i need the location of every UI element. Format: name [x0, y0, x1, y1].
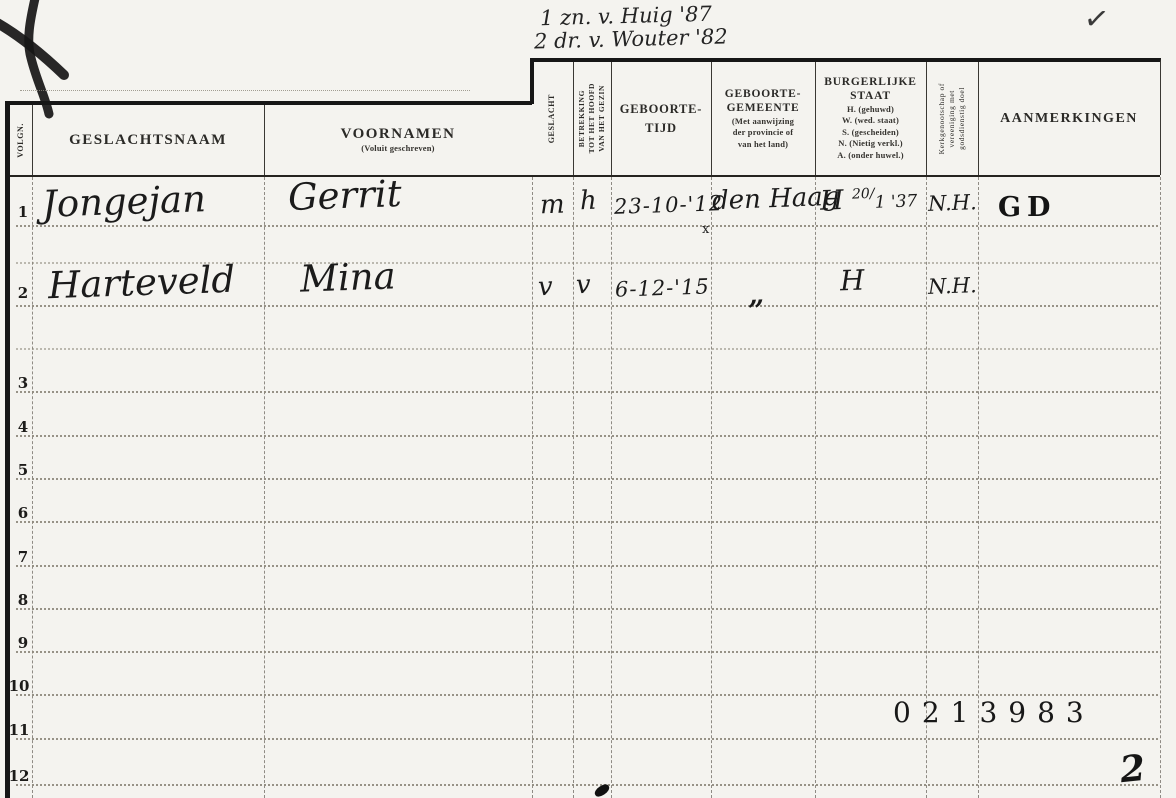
dotted-row-line — [16, 784, 1158, 786]
header-burgstaat-l2: STAAT — [850, 90, 891, 104]
header-burgerlijke-staat: BURGERLIJKE STAAT H. (gehuwd) W. (wed. s… — [815, 62, 926, 175]
gd-stamp: GD — [998, 192, 1056, 223]
header-aanmerkingen: AANMERKINGEN — [978, 62, 1160, 175]
entry-church: N.H. — [928, 190, 978, 216]
header-betrekking-l2: TOT HET HOOFD — [587, 83, 597, 153]
entry-firstname: Mina — [299, 254, 396, 300]
dotted-row-line — [16, 435, 1158, 437]
header-volgn: VOLGN. — [10, 105, 32, 175]
header-geboortetijd-l1: GEBOORTE- — [620, 100, 702, 119]
header-burgstaat-item-n: N. (Nietig verkl.) — [838, 138, 903, 149]
header-voornamen: VOORNAMEN (Voluit geschreven) — [264, 105, 532, 175]
header-burgstaat-item-h: H. (gehuwd) — [847, 104, 894, 115]
header-geboortegemeente-sub1: (Met aanwijzing — [732, 116, 794, 127]
entry-birthdate: 23-10-'12 — [614, 191, 724, 219]
entry-sex: v — [537, 272, 553, 302]
header-geboortetijd-l2: TIJD — [645, 119, 677, 138]
entry-civil-status-date-bottom: 1 '37 — [874, 191, 917, 212]
entry-firstname: Gerrit — [287, 172, 402, 219]
entry-civil-status-main: H — [819, 185, 844, 217]
header-aanmerkingen-label: AANMERKINGEN — [1000, 111, 1138, 127]
row-number: 12 — [8, 767, 30, 785]
row-number: 4 — [12, 418, 34, 436]
entry-birthdate: 6-12-'15 — [615, 274, 711, 301]
header-kerk-l3: godsdienstig doel — [957, 87, 967, 150]
entry-surname: Harteveld — [47, 258, 235, 308]
top-annotation-line2: 2 dr. v. Wouter '82 — [534, 24, 728, 53]
header-left-block: VOLGN. GESLACHTSNAAM VOORNAMEN (Voluit g… — [10, 101, 532, 175]
header-right-block: GESLACHT BETREKKINGTOT HET HOOFDVAN HET … — [532, 58, 1161, 175]
check-mark-icon: ✓ — [1082, 0, 1112, 38]
header-betrekking-l1: BETREKKING — [577, 90, 587, 147]
header-geslacht-label: GESLACHT — [547, 94, 558, 143]
header-geslachtsnaam-label: GESLACHTSNAAM — [69, 132, 227, 149]
row-number: 1 — [12, 203, 34, 221]
entry-birthplace-ditto: „ — [747, 278, 764, 312]
header-geboortegemeente-l2: GEMEENTE — [727, 101, 800, 115]
header-kerk-l1: Kerkgenootschap of — [937, 83, 947, 154]
header-burgstaat-l1: BURGERLIJKE — [824, 76, 917, 90]
column-divider — [573, 177, 574, 798]
row-number: 6 — [12, 504, 34, 522]
dotted-row-line — [16, 738, 1158, 740]
header-geslacht: GESLACHT — [532, 62, 573, 175]
column-divider — [264, 177, 265, 798]
row-number: 5 — [12, 461, 34, 479]
row-number: 10 — [8, 677, 30, 695]
dotted-row-line — [16, 305, 1158, 307]
header-kerkgenootschap: Kerkgenootschap ofvereeniging metgodsdie… — [926, 62, 978, 175]
header-burgstaat-item-s: S. (gescheiden) — [842, 127, 899, 138]
header-betrekking-l3: VAN HET GEZIN — [597, 85, 607, 152]
header-geboortetijd: GEBOORTE- TIJD — [611, 62, 711, 175]
row-number: 3 — [12, 374, 34, 392]
row-number: 2 — [12, 284, 34, 302]
small-x-mark: x — [702, 222, 709, 237]
dotted-row-line — [16, 348, 1158, 350]
header-betrekking: BETREKKINGTOT HET HOOFDVAN HET GEZIN — [573, 62, 611, 175]
header-voornamen-label: VOORNAMEN — [341, 126, 456, 143]
column-divider — [532, 177, 533, 798]
dotted-row-line — [16, 565, 1158, 567]
page-number: 2 — [1118, 747, 1147, 791]
dotted-row-line — [16, 521, 1158, 523]
row-number: 11 — [8, 721, 30, 739]
header-volgn-label: VOLGN. — [16, 123, 27, 158]
header-geboortegemeente-l1: GEBOORTE- — [725, 87, 801, 101]
dotted-row-line — [16, 608, 1158, 610]
column-divider — [711, 177, 712, 798]
entry-surname: Jongejan — [41, 177, 206, 226]
faint-dotted-line — [20, 90, 470, 91]
header-voornamen-sublabel: (Voluit geschreven) — [361, 143, 434, 154]
dotted-row-line — [16, 651, 1158, 653]
header-kerk-l2: vereeniging met — [947, 90, 957, 148]
header-burgstaat-item-w: W. (wed. staat) — [842, 115, 899, 126]
column-divider — [611, 177, 612, 798]
header-geslachtsnaam: GESLACHTSNAAM — [32, 105, 264, 175]
entry-church: N.H. — [928, 273, 978, 299]
entry-civil-status-date-top: 20/ — [852, 186, 875, 203]
dotted-row-line — [16, 478, 1158, 480]
header-burgstaat-item-a: A. (onder huwel.) — [837, 150, 904, 161]
dotted-row-line — [16, 391, 1158, 393]
entry-relation: h — [579, 186, 597, 217]
column-divider — [815, 177, 816, 798]
header-geboortegemeente-sub2: der provincie of — [733, 127, 794, 138]
entry-civil-status: H — [839, 264, 865, 298]
entry-civil-status: H 20/1 '37 — [819, 182, 917, 216]
serial-number-stamp: 0213983 — [893, 696, 1095, 729]
row-number: 7 — [12, 548, 34, 566]
header-geboortegemeente-sub3: van het land) — [738, 139, 788, 150]
header-bottom-border — [10, 175, 1160, 177]
row-number: 9 — [12, 634, 34, 652]
family-register-card: 1 zn. v. Huig '87 2 dr. v. Wouter '82 ✓ … — [0, 0, 1176, 798]
column-divider — [32, 177, 33, 798]
right-border — [1160, 177, 1161, 798]
row-number: 8 — [12, 591, 34, 609]
entry-relation: v — [575, 270, 591, 300]
dotted-row-line — [16, 225, 1158, 227]
entry-sex: m — [539, 190, 565, 221]
header-geboortegemeente: GEBOORTE- GEMEENTE (Met aanwijzing der p… — [711, 62, 815, 175]
